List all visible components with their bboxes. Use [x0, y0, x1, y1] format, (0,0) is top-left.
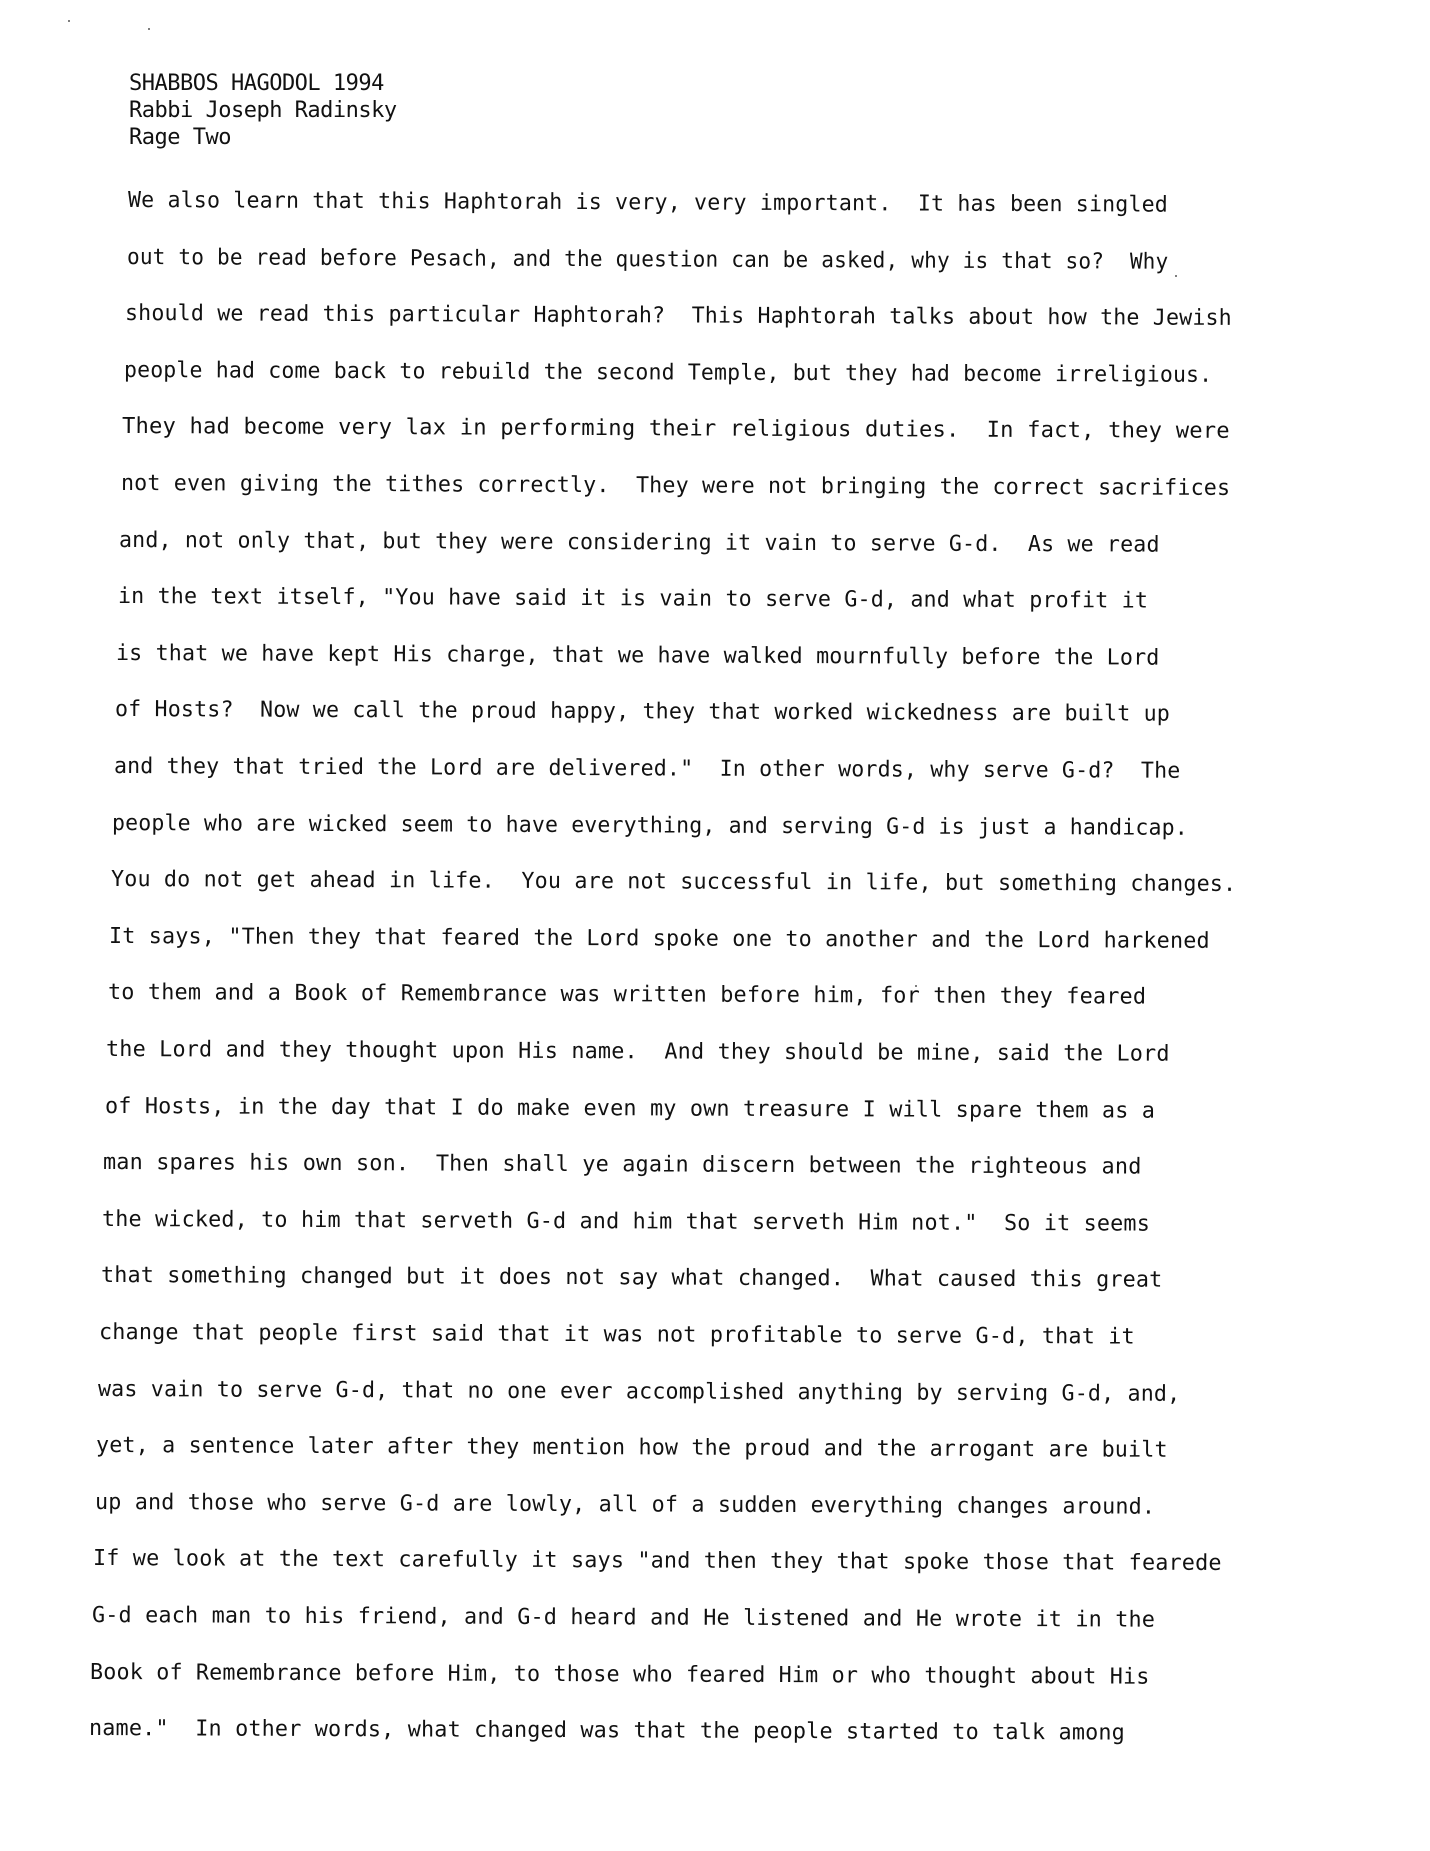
page-label: Rage Two [129, 124, 397, 151]
text-line: They had become very lax in performing t… [122, 414, 1230, 444]
text-line: the Lord and they thought upon His name.… [106, 1037, 1170, 1067]
text-line: name." In other words, what changed was … [89, 1716, 1125, 1746]
text-line: of Hosts, in the day that I do make even… [105, 1094, 1155, 1124]
text-line: We also learn that this Haphtorah is ver… [128, 188, 1168, 218]
text-line: yet, a sentence later after they mention… [96, 1433, 1168, 1463]
text-line: out to be read before Pesach, and the qu… [126, 245, 1168, 275]
text-line: up and those who serve G-d are lowly, al… [95, 1490, 1155, 1520]
scan-speck [148, 28, 150, 30]
text-line: man spares his own son. Then shall ye ag… [103, 1150, 1142, 1180]
text-line: was vain to serve G-d, that no one ever … [98, 1377, 1180, 1407]
text-line: in the text itself, "You have said it is… [118, 584, 1148, 614]
text-line: is that we have kept His charge, that we… [116, 641, 1160, 671]
document-author: Rabbi Joseph Radinsky [129, 97, 397, 124]
scanned-page: SHABBOS HAGODOL 1994 Rabbi Joseph Radins… [0, 0, 1430, 1851]
document-title: SHABBOS HAGODOL 1994 [129, 70, 397, 97]
text-line: the wicked, to him that serveth G-d and … [102, 1207, 1150, 1237]
text-line: It says, "Then they that feared the Lord… [109, 924, 1210, 954]
text-line: to them and a Book of Remembrance was wr… [108, 980, 1146, 1010]
text-line: Book of Remembrance before Him, to those… [90, 1660, 1150, 1690]
text-line: people who are wicked seem to have every… [112, 811, 1188, 841]
text-line: that something changed but it does not s… [100, 1263, 1162, 1293]
document-header: SHABBOS HAGODOL 1994 Rabbi Joseph Radins… [129, 70, 397, 151]
text-line: G-d each man to his friend, and G-d hear… [92, 1603, 1155, 1633]
text-line: should we read this particular Haphtorah… [125, 301, 1232, 331]
scan-speck [1175, 275, 1177, 277]
scan-speck [915, 985, 917, 987]
text-line: and, not only that, but they were consid… [119, 528, 1160, 558]
text-line: of Hosts? Now we call the proud happy, t… [115, 697, 1170, 727]
text-line: If we look at the text carefully it says… [93, 1546, 1222, 1576]
text-line: change that people first said that it wa… [99, 1320, 1135, 1350]
text-line: You do not get ahead in life. You are no… [111, 867, 1236, 897]
text-line: people had come back to rebuild the seco… [124, 358, 1212, 388]
text-line: not even giving the tithes correctly. Th… [121, 471, 1230, 501]
text-line: and they that tried the Lord are deliver… [113, 754, 1180, 784]
scan-speck [1020, 200, 1022, 202]
scan-speck [68, 20, 70, 22]
